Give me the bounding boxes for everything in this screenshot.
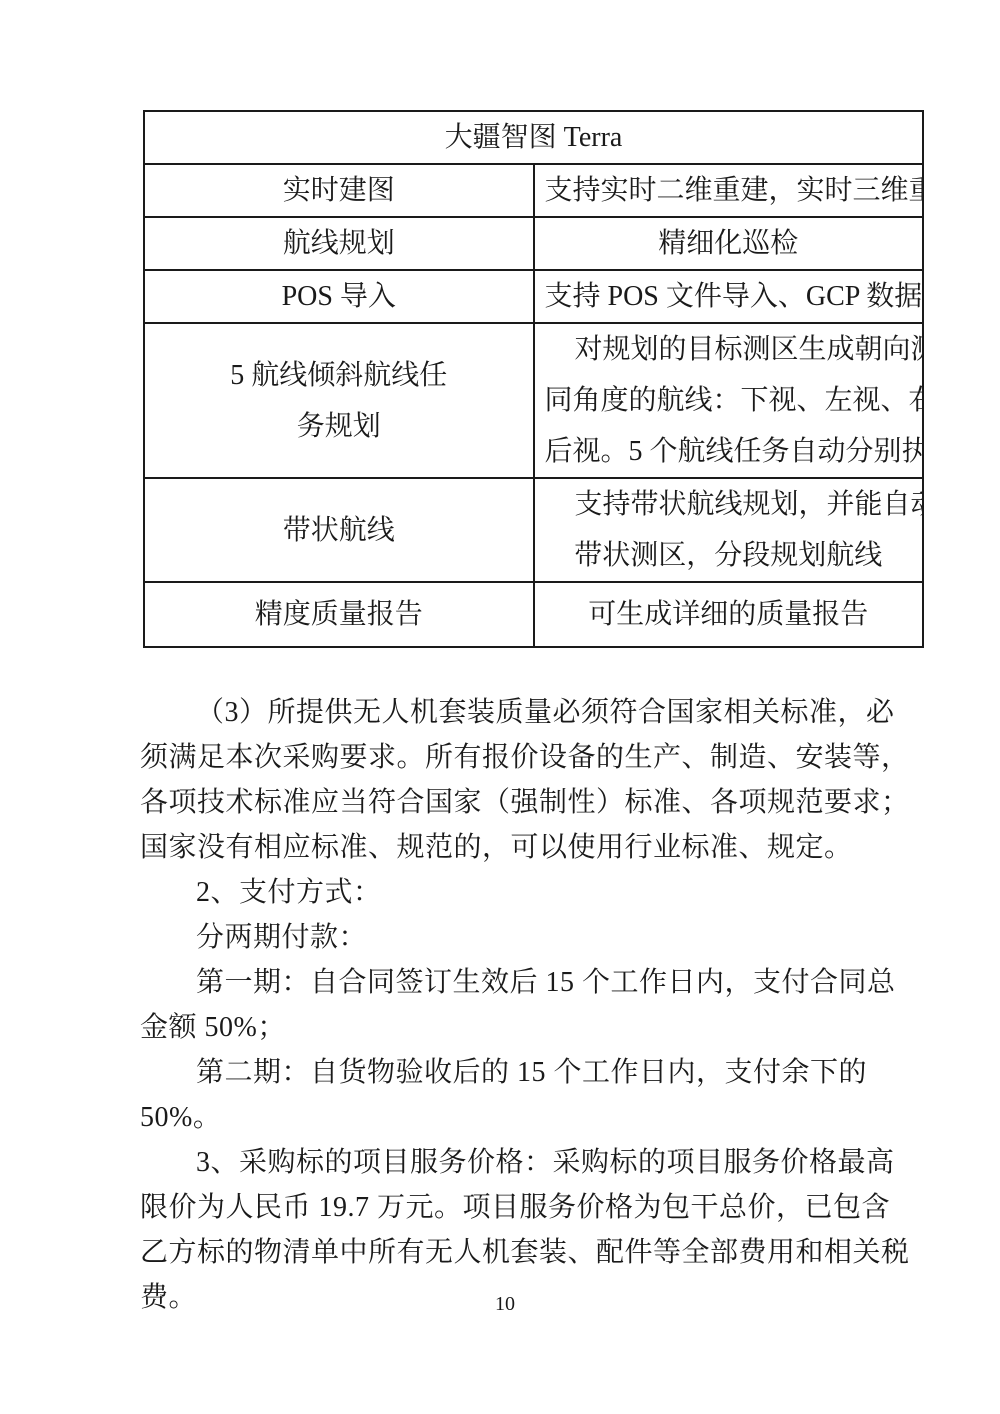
row-label-cell: 精度质量报告 <box>144 582 534 647</box>
table-row: POS 导入支持 POS 文件导入、GCP 数据 <box>144 270 923 323</box>
paragraph: 第一期：自合同签订生效后 15 个工作日内，支付合同总金额 50%； <box>140 960 880 1050</box>
spec-table-body: 大疆智图 Terra实时建图支持实时二维重建，实时三维重建航线规划精细化巡检PO… <box>144 111 923 647</box>
row-label-line: 5 航线倾斜航线任 <box>155 350 523 401</box>
table-row: 精度质量报告可生成详细的质量报告 <box>144 582 923 647</box>
row-content-line: 支持实时二维重建，实时三维重建 <box>545 165 913 216</box>
row-label-cell: 5 航线倾斜航线任务规划 <box>144 323 534 478</box>
row-content-line: 可生成详细的质量报告 <box>545 589 913 640</box>
table-row: 航线规划精细化巡检 <box>144 217 923 270</box>
row-content-cell: 支持带状航线规划，并能自动切割大面积带状测区，分段规划航线 <box>534 478 924 582</box>
row-content-line: 对规划的目标测区生成朝向测区的5组不 <box>545 324 913 375</box>
row-label-line: POS 导入 <box>155 271 523 322</box>
row-label-line: 务规划 <box>155 401 523 452</box>
text-line: 第一期：自合同签订生效后 15 个工作日内，支付合同总 <box>140 960 880 1005</box>
row-label-cell: 带状航线 <box>144 478 534 582</box>
row-content-line: 带状测区，分段规划航线 <box>545 530 913 581</box>
paragraph: 分两期付款： <box>140 915 880 960</box>
table-header-text: 大疆智图 Terra <box>155 112 912 163</box>
row-label-line: 航线规划 <box>155 218 523 269</box>
text-line: 50%。 <box>140 1095 880 1140</box>
body-text: （3）所提供无人机套装质量必须符合国家相关标准，必须满足本次采购要求。所有报价设… <box>140 690 880 1320</box>
table-header-cell: 大疆智图 Terra <box>144 111 923 164</box>
paragraph: 第二期：自货物验收后的 15 个工作日内，支付余下的50%。 <box>140 1050 880 1140</box>
text-line: 2、支付方式： <box>140 870 880 915</box>
row-label-cell: 航线规划 <box>144 217 534 270</box>
row-content-cell: 支持实时二维重建，实时三维重建 <box>534 164 924 217</box>
text-line: 国家没有相应标准、规范的，可以使用行业标准、规定。 <box>140 825 880 870</box>
paragraph: 2、支付方式： <box>140 870 880 915</box>
row-label-line: 实时建图 <box>155 165 523 216</box>
text-line: 限价为人民币 19.7 万元。项目服务价格为包干总价，已包含 <box>140 1185 880 1230</box>
text-line: 第二期：自货物验收后的 15 个工作日内，支付余下的 <box>140 1050 880 1095</box>
row-content-cell: 支持 POS 文件导入、GCP 数据 <box>534 270 924 323</box>
document-page: 大疆智图 Terra实时建图支持实时二维重建，实时三维重建航线规划精细化巡检PO… <box>0 0 1000 1414</box>
row-label-line: 带状航线 <box>155 505 523 556</box>
table-row: 实时建图支持实时二维重建，实时三维重建 <box>144 164 923 217</box>
table-header-row: 大疆智图 Terra <box>144 111 923 164</box>
text-line: 须满足本次采购要求。所有报价设备的生产、制造、安装等， <box>140 735 880 780</box>
row-content-cell: 对规划的目标测区生成朝向测区的5组不同角度的航线：下视、左视、右视、前视、后视。… <box>534 323 924 478</box>
text-line: 3、采购标的项目服务价格：采购标的项目服务价格最高 <box>140 1140 880 1185</box>
row-content-line: 支持 POS 文件导入、GCP 数据 <box>545 271 913 322</box>
text-line: 乙方标的物清单中所有无人机套装、配件等全部费用和相关税 <box>140 1230 880 1275</box>
text-line: 金额 50%； <box>140 1005 880 1050</box>
text-line: 各项技术标准应当符合国家（强制性）标准、各项规范要求； <box>140 780 880 825</box>
row-content-line: 同角度的航线：下视、左视、右视、前视、 <box>545 375 913 426</box>
row-content-cell: 可生成详细的质量报告 <box>534 582 924 647</box>
paragraph: （3）所提供无人机套装质量必须符合国家相关标准，必须满足本次采购要求。所有报价设… <box>140 690 880 870</box>
text-line: （3）所提供无人机套装质量必须符合国家相关标准，必 <box>140 690 880 735</box>
spec-table: 大疆智图 Terra实时建图支持实时二维重建，实时三维重建航线规划精细化巡检PO… <box>143 110 924 648</box>
row-label-cell: POS 导入 <box>144 270 534 323</box>
text-line: 分两期付款： <box>140 915 880 960</box>
table-row: 5 航线倾斜航线任务规划对规划的目标测区生成朝向测区的5组不同角度的航线：下视、… <box>144 323 923 478</box>
row-content-line: 后视。5 个航线任务自动分别执行。 <box>545 426 913 477</box>
row-content-line: 精细化巡检 <box>545 218 913 269</box>
row-content-cell: 精细化巡检 <box>534 217 924 270</box>
row-content-line: 支持带状航线规划，并能自动切割大面积 <box>545 479 913 530</box>
row-label-cell: 实时建图 <box>144 164 534 217</box>
row-label-line: 精度质量报告 <box>155 589 523 640</box>
table-row: 带状航线支持带状航线规划，并能自动切割大面积带状测区，分段规划航线 <box>144 478 923 582</box>
page-number: 10 <box>0 1293 1000 1316</box>
